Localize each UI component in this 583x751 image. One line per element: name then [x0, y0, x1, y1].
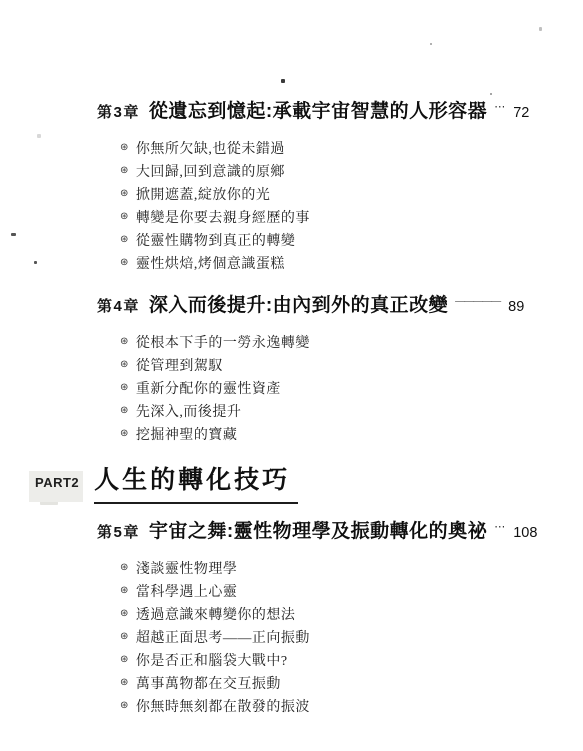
toc-item-label: 挖掘神聖的寶藏 [136, 424, 238, 444]
flower-bullet-icon: ⊛ [120, 257, 129, 268]
toc-item: ⊛從管理到駕馭 [120, 353, 524, 376]
toc-item: ⊛從靈性購物到真正的轉變 [120, 228, 529, 251]
toc-item-label: 超越正面思考——正向振動 [136, 627, 310, 647]
toc-item: ⊛挖掘神聖的寶藏 [120, 422, 524, 445]
toc-item: ⊛淺談靈性物理學 [120, 556, 537, 579]
chapter-5-section: 第5章 宇宙之舞:靈性物理學及振動轉化的奧祕 ⋯ 108 ⊛淺談靈性物理學 ⊛當… [97, 516, 537, 717]
chapter-3-number: 第3章 [97, 101, 140, 122]
chapter-5-heading: 第5章 宇宙之舞:靈性物理學及振動轉化的奧祕 ⋯ 108 [97, 516, 537, 543]
toc-item-label: 透過意識來轉變你的想法 [136, 604, 296, 624]
chapter-4-section: 第4章 深入而後提升:由內到外的真正改變 ————— 89 ⊛從根本下手的一勞永… [97, 290, 524, 445]
flower-bullet-icon: ⊛ [120, 585, 129, 596]
scan-noise-speck [11, 233, 16, 236]
chapter-3-title: 從遺忘到憶起:承載宇宙智慧的人形容器 [149, 96, 487, 123]
toc-item: ⊛超越正面思考——正向振動 [120, 625, 537, 648]
toc-item: ⊛轉變是你要去親身經歷的事 [120, 205, 529, 228]
chapter-5-item-list: ⊛淺談靈性物理學 ⊛當科學遇上心靈 ⊛透過意識來轉變你的想法 ⊛超越正面思考——… [120, 556, 537, 717]
flower-bullet-icon: ⊛ [120, 336, 129, 347]
chapter-4-number: 第4章 [97, 295, 140, 316]
chapter-4-heading: 第4章 深入而後提升:由內到外的真正改變 ————— 89 [97, 290, 524, 317]
toc-item: ⊛先深入,而後提升 [120, 399, 524, 422]
toc-item-label: 從管理到駕馭 [136, 355, 223, 375]
toc-item-label: 從靈性購物到真正的轉變 [136, 230, 296, 250]
flower-bullet-icon: ⊛ [120, 234, 129, 245]
flower-bullet-icon: ⊛ [120, 405, 129, 416]
scan-noise-speck [539, 27, 542, 31]
scan-noise-speck [37, 134, 41, 138]
dash-leader: ————— [455, 296, 500, 307]
dot-leader: ⋯ [494, 100, 505, 113]
toc-item: ⊛重新分配你的靈性資產 [120, 376, 524, 399]
toc-item-label: 大回歸,回到意識的原鄉 [136, 161, 285, 181]
toc-item-label: 你是否正和腦袋大戰中? [136, 650, 288, 670]
toc-item: ⊛你無時無刻都在散發的振波 [120, 694, 537, 717]
flower-bullet-icon: ⊛ [120, 142, 129, 153]
toc-item-label: 你無所欠缺,也從未錯過 [136, 138, 285, 158]
chapter-4-page-number: 89 [508, 299, 524, 315]
flower-bullet-icon: ⊛ [120, 631, 129, 642]
toc-item-label: 靈性烘焙,烤個意識蛋糕 [136, 253, 285, 273]
toc-item-label: 你無時無刻都在散發的振波 [136, 696, 310, 716]
flower-bullet-icon: ⊛ [120, 677, 129, 688]
toc-item-label: 當科學遇上心靈 [136, 581, 238, 601]
dot-leader: ⋯ [494, 520, 505, 533]
chapter-5-title: 宇宙之舞:靈性物理學及振動轉化的奧祕 [149, 516, 487, 543]
book-toc-page: 第3章 從遺忘到憶起:承載宇宙智慧的人形容器 ⋯ 72 ⊛你無所欠缺,也從未錯過… [0, 0, 583, 751]
chapter-4-title: 深入而後提升:由內到外的真正改變 [149, 290, 448, 317]
chapter-3-page-number: 72 [513, 105, 529, 121]
toc-item-label: 掀開遮蓋,綻放你的光 [136, 184, 271, 204]
flower-bullet-icon: ⊛ [120, 654, 129, 665]
scan-noise-speck [490, 93, 492, 95]
chapter-3-item-list: ⊛你無所欠缺,也從未錯過 ⊛大回歸,回到意識的原鄉 ⊛掀開遮蓋,綻放你的光 ⊛轉… [120, 136, 529, 274]
toc-item-label: 轉變是你要去親身經歷的事 [136, 207, 310, 227]
flower-bullet-icon: ⊛ [120, 562, 129, 573]
toc-item: ⊛當科學遇上心靈 [120, 579, 537, 602]
chapter-4-item-list: ⊛從根本下手的一勞永逸轉變 ⊛從管理到駕馭 ⊛重新分配你的靈性資產 ⊛先深入,而… [120, 330, 524, 445]
flower-bullet-icon: ⊛ [120, 359, 129, 370]
chapter-3-section: 第3章 從遺忘到憶起:承載宇宙智慧的人形容器 ⋯ 72 ⊛你無所欠缺,也從未錯過… [97, 96, 529, 274]
flower-bullet-icon: ⊛ [120, 700, 129, 711]
flower-bullet-icon: ⊛ [120, 188, 129, 199]
toc-item: ⊛萬事萬物都在交互振動 [120, 671, 537, 694]
part-2-label: PART2 [35, 475, 79, 490]
chapter-5-number: 第5章 [97, 521, 140, 542]
flower-bullet-icon: ⊛ [120, 382, 129, 393]
toc-item-label: 先深入,而後提升 [136, 401, 242, 421]
toc-item-label: 重新分配你的靈性資產 [136, 378, 281, 398]
toc-item: ⊛你是否正和腦袋大戰中? [120, 648, 537, 671]
flower-bullet-icon: ⊛ [120, 165, 129, 176]
part-2-section: PART2 人生的轉化技巧 [35, 460, 298, 504]
toc-item: ⊛大回歸,回到意識的原鄉 [120, 159, 529, 182]
chapter-5-page-number: 108 [513, 525, 537, 541]
flower-bullet-icon: ⊛ [120, 428, 129, 439]
part-2-title: 人生的轉化技巧 [94, 460, 298, 504]
toc-item: ⊛你無所欠缺,也從未錯過 [120, 136, 529, 159]
toc-item: ⊛靈性烘焙,烤個意識蛋糕 [120, 251, 529, 274]
toc-item-label: 淺談靈性物理學 [136, 558, 238, 578]
scan-noise-speck [430, 43, 432, 45]
toc-item: ⊛掀開遮蓋,綻放你的光 [120, 182, 529, 205]
scan-noise-speck [34, 261, 37, 264]
toc-item-label: 萬事萬物都在交互振動 [136, 673, 281, 693]
toc-item-label: 從根本下手的一勞永逸轉變 [136, 332, 310, 352]
scan-noise-speck [281, 79, 285, 83]
flower-bullet-icon: ⊛ [120, 211, 129, 222]
chapter-3-heading: 第3章 從遺忘到憶起:承載宇宙智慧的人形容器 ⋯ 72 [97, 96, 529, 123]
flower-bullet-icon: ⊛ [120, 608, 129, 619]
toc-item: ⊛透過意識來轉變你的想法 [120, 602, 537, 625]
toc-item: ⊛從根本下手的一勞永逸轉變 [120, 330, 524, 353]
